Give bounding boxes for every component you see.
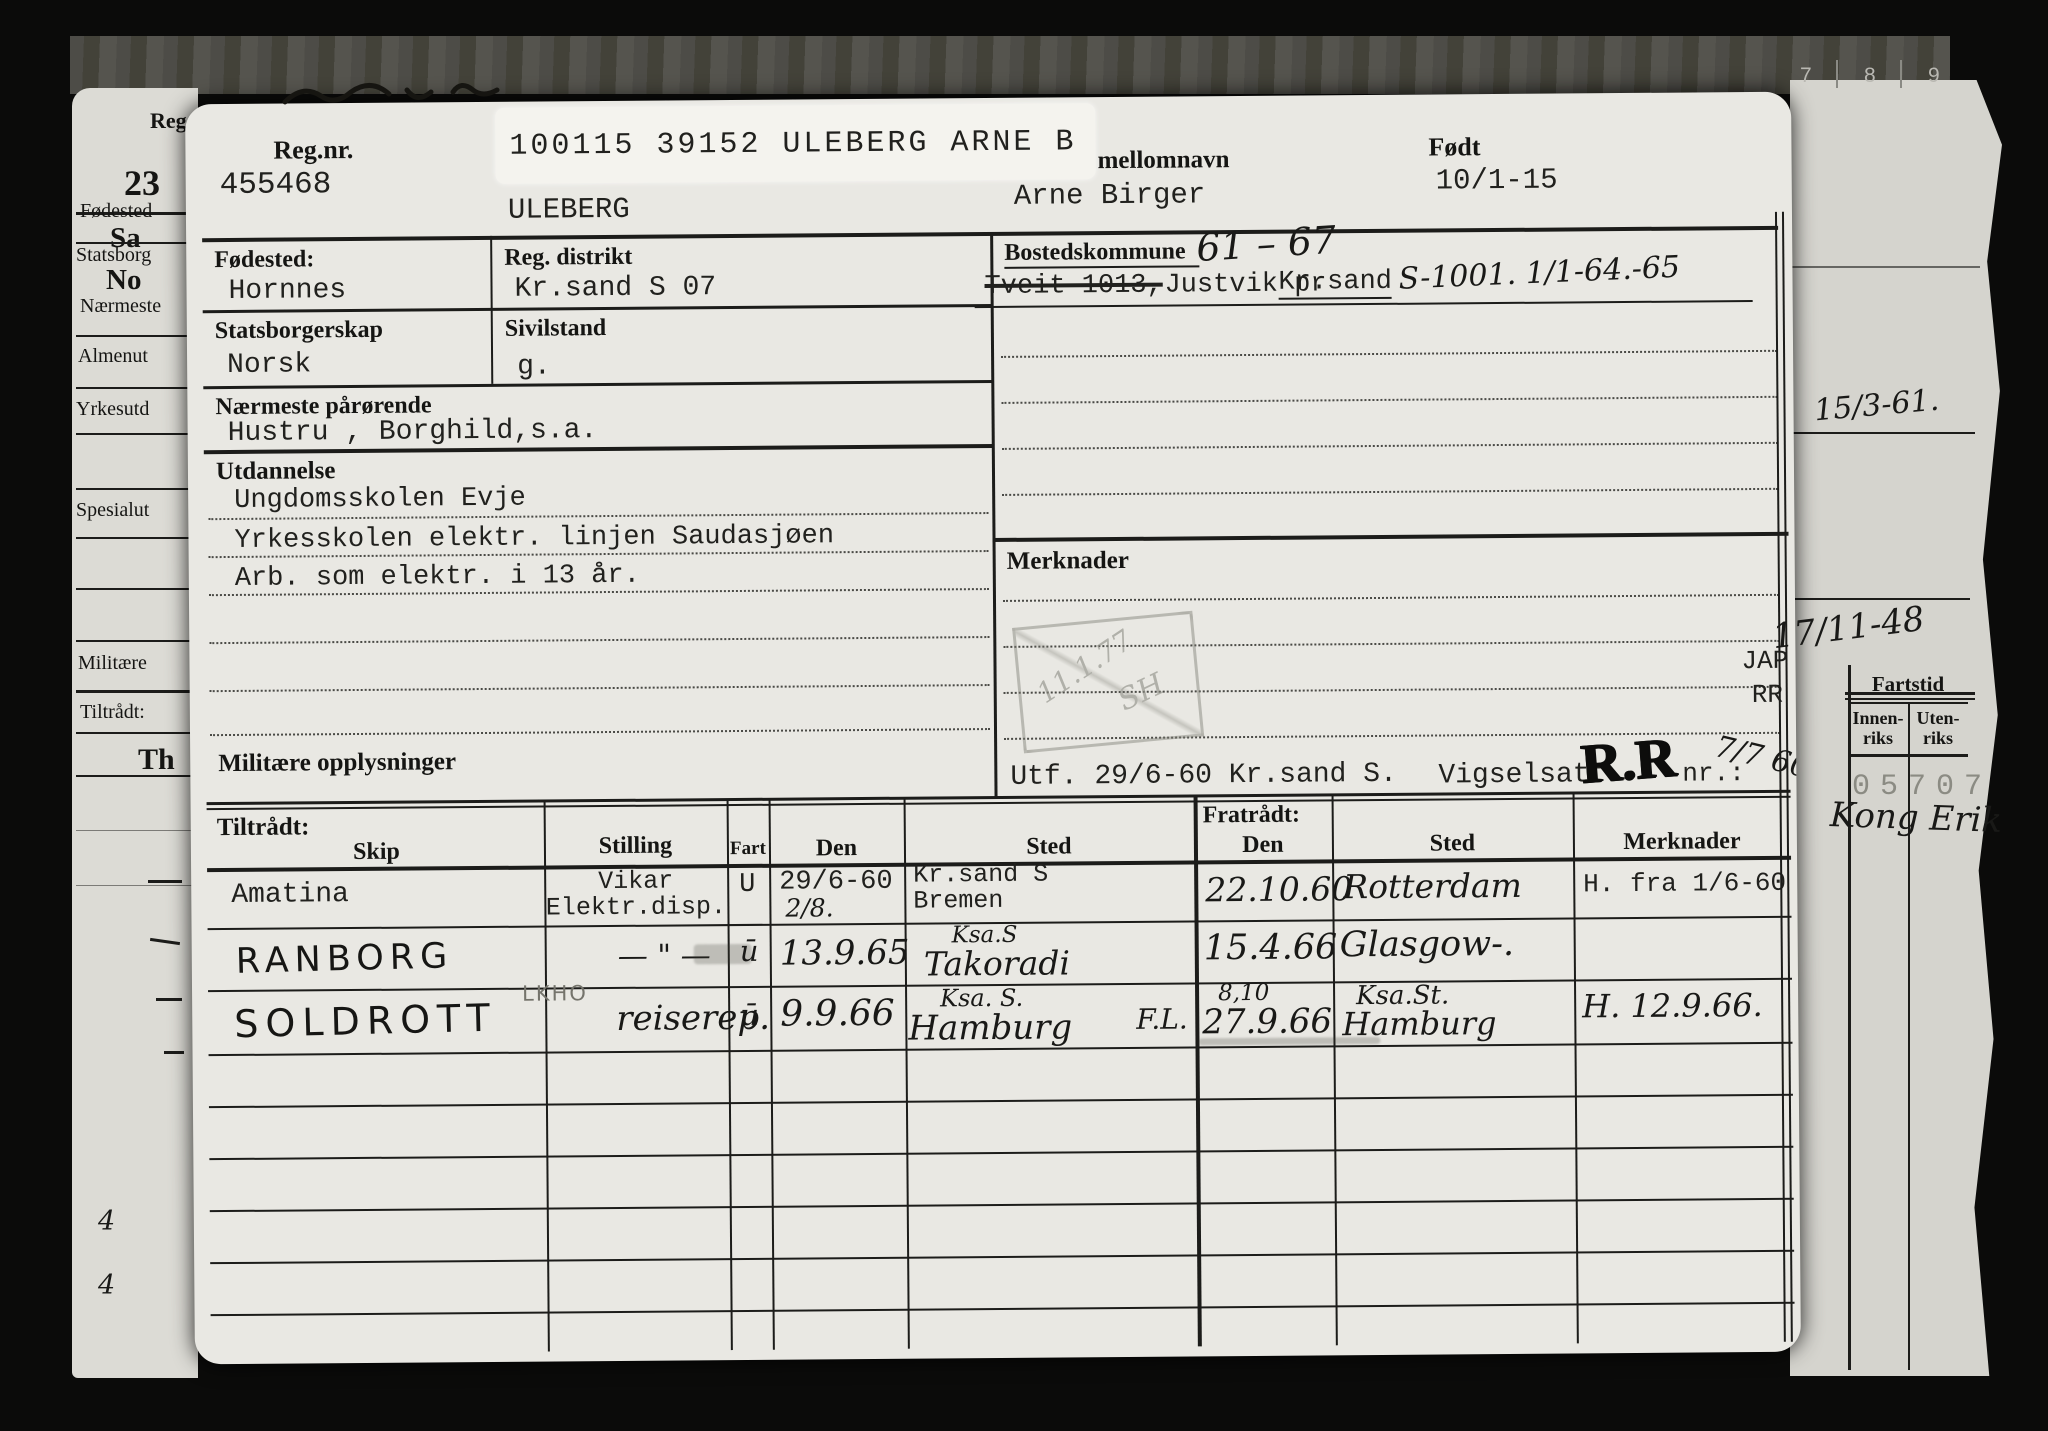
middle-name-label: mellomnavn	[1097, 146, 1229, 175]
cell-sted: Bremen	[913, 886, 1003, 916]
middle-name-value: Arne Birger	[1014, 178, 1206, 213]
residence-value: Kr.sand	[1278, 267, 1392, 300]
innenriks-label: Innen-	[1848, 708, 1908, 729]
margin-dash	[156, 998, 182, 1001]
top-ink-scribble	[280, 80, 520, 110]
margin-dash	[150, 938, 180, 945]
left-card-rule	[76, 433, 198, 435]
utenriks-label: riks	[1908, 728, 1968, 749]
left-card-label: Fødested	[80, 200, 152, 223]
left-card-rule	[76, 830, 198, 831]
ruler-tick	[1836, 60, 1838, 88]
ruled-line	[1001, 396, 1777, 404]
underlying-left-card: Reg 23 Fødested Sa Statsborg No Nærmeste…	[72, 88, 198, 1378]
left-card-rule	[76, 640, 198, 642]
ruled-line	[1001, 350, 1777, 358]
card-rule	[993, 532, 1789, 542]
table-row-line	[209, 1146, 1793, 1160]
fartstid-rule	[1848, 754, 1968, 757]
underlying-right-card: Fartstid Innen- riks Uten- riks 05707	[1790, 80, 2002, 1376]
left-card-label: Reg	[150, 108, 187, 134]
utenriks-label: Uten-	[1908, 708, 1968, 729]
table-column-line	[904, 799, 910, 1349]
table-column-line	[769, 800, 775, 1350]
surname-typed: ULEBERG	[508, 193, 630, 227]
right-card-rule	[1845, 698, 1975, 700]
residence-label: Bostedskommune	[1004, 238, 1200, 269]
ruled-line	[209, 636, 989, 644]
ruled-line	[1002, 488, 1778, 496]
cell-den-handwritten: 2/8.	[785, 893, 833, 922]
cell-den: 9.9.66	[780, 993, 895, 1035]
left-card-rule	[76, 885, 198, 886]
left-card-label: No	[106, 264, 141, 297]
left-card-rule	[76, 732, 198, 734]
citizenship-value: Norsk	[227, 349, 311, 381]
col-header-sted2: Sted	[1332, 829, 1573, 858]
residence-handwritten: S-1001. 1/1-64.-65	[1398, 250, 1681, 297]
education-line: Ungdomsskolen Evje	[234, 484, 526, 516]
left-card-label: Th	[138, 743, 175, 777]
right-card-rule	[1790, 266, 1980, 268]
ruled-line	[1003, 594, 1779, 602]
cell-skip: RANBORG	[235, 936, 453, 981]
residence-years-handwritten: 61 – 67	[1195, 218, 1337, 270]
cell-fratradt-den: 22.10.60	[1205, 869, 1352, 909]
education-line: Yrkesskolen elektr. linjen Saudasjøen	[234, 521, 834, 556]
cell-skip: Amatina	[231, 879, 349, 911]
left-card-number: 4	[98, 1206, 115, 1237]
next-of-kin-value: Hustru , Borghild,s.a.	[228, 415, 598, 449]
left-card-label: Spesialut	[76, 499, 149, 522]
cell-fart: U	[739, 870, 755, 900]
cell-stilling: Elektr.disp.	[544, 892, 727, 922]
ruled-line	[1002, 442, 1778, 450]
cell-fratradt-den: 15.4.66	[1204, 927, 1338, 968]
table-group-divider	[1194, 796, 1202, 1346]
main-register-card: Reg.nr. 455468 100115 39152 ULEBERG ARNE…	[185, 92, 1801, 1365]
col-header-den: Den	[769, 835, 904, 863]
col-header-merknader: Merknader	[1573, 828, 1791, 857]
remarks-label: Merknader	[1007, 547, 1129, 576]
left-card-rule	[76, 775, 198, 777]
faint-stamp-initials: SH	[1113, 667, 1170, 719]
born-value: 10/1-15	[1436, 164, 1558, 198]
cell-merknader: H. fra 1/6-60	[1583, 868, 1786, 900]
cell-fratradt-sted: Glasgow-.	[1340, 924, 1515, 965]
military-label: Militære opplysninger	[218, 748, 456, 778]
innenriks-label: riks	[1848, 728, 1908, 749]
cell-fratradt-sted: Rotterdam	[1343, 866, 1522, 906]
fartstid-label: Fartstid	[1848, 672, 1968, 697]
left-card-label: Tiltrådt:	[80, 701, 145, 724]
left-card-rule	[76, 488, 198, 490]
reg-district-value: Kr.sand S 07	[514, 272, 716, 305]
tiltradt-label: Tiltrådt:	[217, 813, 310, 842]
birthplace-value: Hornnes	[228, 275, 346, 307]
table-row-line	[211, 1302, 1795, 1316]
handwritten-name: Kong Erik	[1829, 795, 2002, 841]
cell-fart: ū	[740, 934, 759, 968]
left-card-rule	[76, 588, 198, 590]
left-card-rule	[76, 387, 198, 389]
reg-nr-value: 455468	[220, 167, 332, 203]
cell-sted: Hamburg	[908, 1007, 1072, 1048]
cell-merknader: H. 12.9.66.	[1582, 986, 1763, 1025]
ruled-line	[210, 728, 990, 736]
table-column-line	[1573, 793, 1579, 1343]
col-header-fart: Fart	[727, 838, 769, 860]
marital-label: Sivilstand	[505, 315, 607, 343]
born-label: Født	[1428, 132, 1480, 162]
left-card-label: Yrkesutd	[76, 398, 149, 421]
issued-line: Utf. 29/6-60 Kr.sand S.	[1010, 759, 1397, 793]
faint-rubber-stamp: 11.1.77 SH	[1012, 611, 1204, 754]
table-row-line	[209, 1094, 1793, 1108]
education-line: Arb. som elektr. i 13 år.	[235, 561, 640, 594]
reg-district-label: Reg. distrikt	[504, 244, 632, 272]
cell-fratradt-den: 27.9.66	[1202, 1001, 1332, 1042]
ruler-mark: 9	[1928, 64, 1940, 88]
reg-nr-label: Reg.nr.	[273, 135, 353, 166]
fratradt-label: Fratrådt:	[1203, 802, 1301, 830]
left-card-label: 23	[124, 162, 160, 204]
card-rule	[975, 300, 1753, 308]
ruler-tick	[1900, 60, 1902, 88]
marital-value: g.	[517, 351, 551, 382]
table-row-line	[210, 1250, 1794, 1264]
cell-fart: ū	[740, 998, 759, 1032]
left-card-rule	[76, 537, 198, 539]
ruler-mark: 7	[1800, 64, 1812, 88]
left-card-label: Nærmeste	[80, 295, 161, 318]
col-header-sted: Sted	[904, 832, 1194, 861]
stamp-line-text: 100115 39152 ULEBERG ARNE B	[509, 125, 1076, 163]
registration-stamp-strip: 100115 39152 ULEBERG ARNE B	[495, 103, 1096, 184]
field-divider	[490, 236, 493, 310]
residence-struck-value: Tveit 1013,	[984, 271, 1162, 302]
left-card-number: 4	[98, 1270, 115, 1301]
center-divider	[990, 232, 997, 798]
scanned-seaman-register-card: 7 8 9 Reg 23 Fødested Sa Statsborg No Næ…	[0, 0, 2048, 1431]
col-header-stilling: Stilling	[544, 832, 727, 860]
margin-dash	[148, 880, 182, 883]
table-row-line	[210, 1198, 1794, 1212]
cell-den: 13.9.65	[780, 933, 910, 974]
ruled-line	[210, 684, 990, 692]
table-column-line	[727, 800, 733, 1350]
education-label: Utdannelse	[216, 457, 336, 486]
citizenship-label: Statsborgerskap	[215, 317, 383, 345]
overstamp-rr: R.R	[1578, 725, 1678, 796]
margin-dash	[164, 1051, 184, 1054]
left-card-label: Militære	[78, 652, 147, 675]
col-header-skip: Skip	[209, 838, 544, 868]
cell-skip: SOLDROTT	[234, 996, 498, 1047]
birthplace-label: Fødested:	[214, 246, 314, 274]
cell-skip-pencil-note: LKHO	[522, 981, 588, 1006]
left-card-label: Almenut	[78, 345, 148, 368]
fartstid-box-left-line	[1848, 665, 1851, 1370]
right-card-rule	[1790, 432, 1975, 434]
left-card-rule	[76, 335, 198, 337]
field-divider	[491, 308, 494, 384]
col-header-den2: Den	[1194, 831, 1332, 859]
right-card-rule	[1790, 598, 1970, 600]
left-card-rule	[76, 690, 198, 693]
cell-sted: Takoradi	[924, 943, 1070, 983]
card-rule	[203, 380, 993, 389]
ruler-mark: 8	[1864, 64, 1876, 88]
cell-sted-note: F.L.	[1136, 1002, 1188, 1035]
cell-fratradt-sted: Hamburg	[1342, 1004, 1496, 1043]
